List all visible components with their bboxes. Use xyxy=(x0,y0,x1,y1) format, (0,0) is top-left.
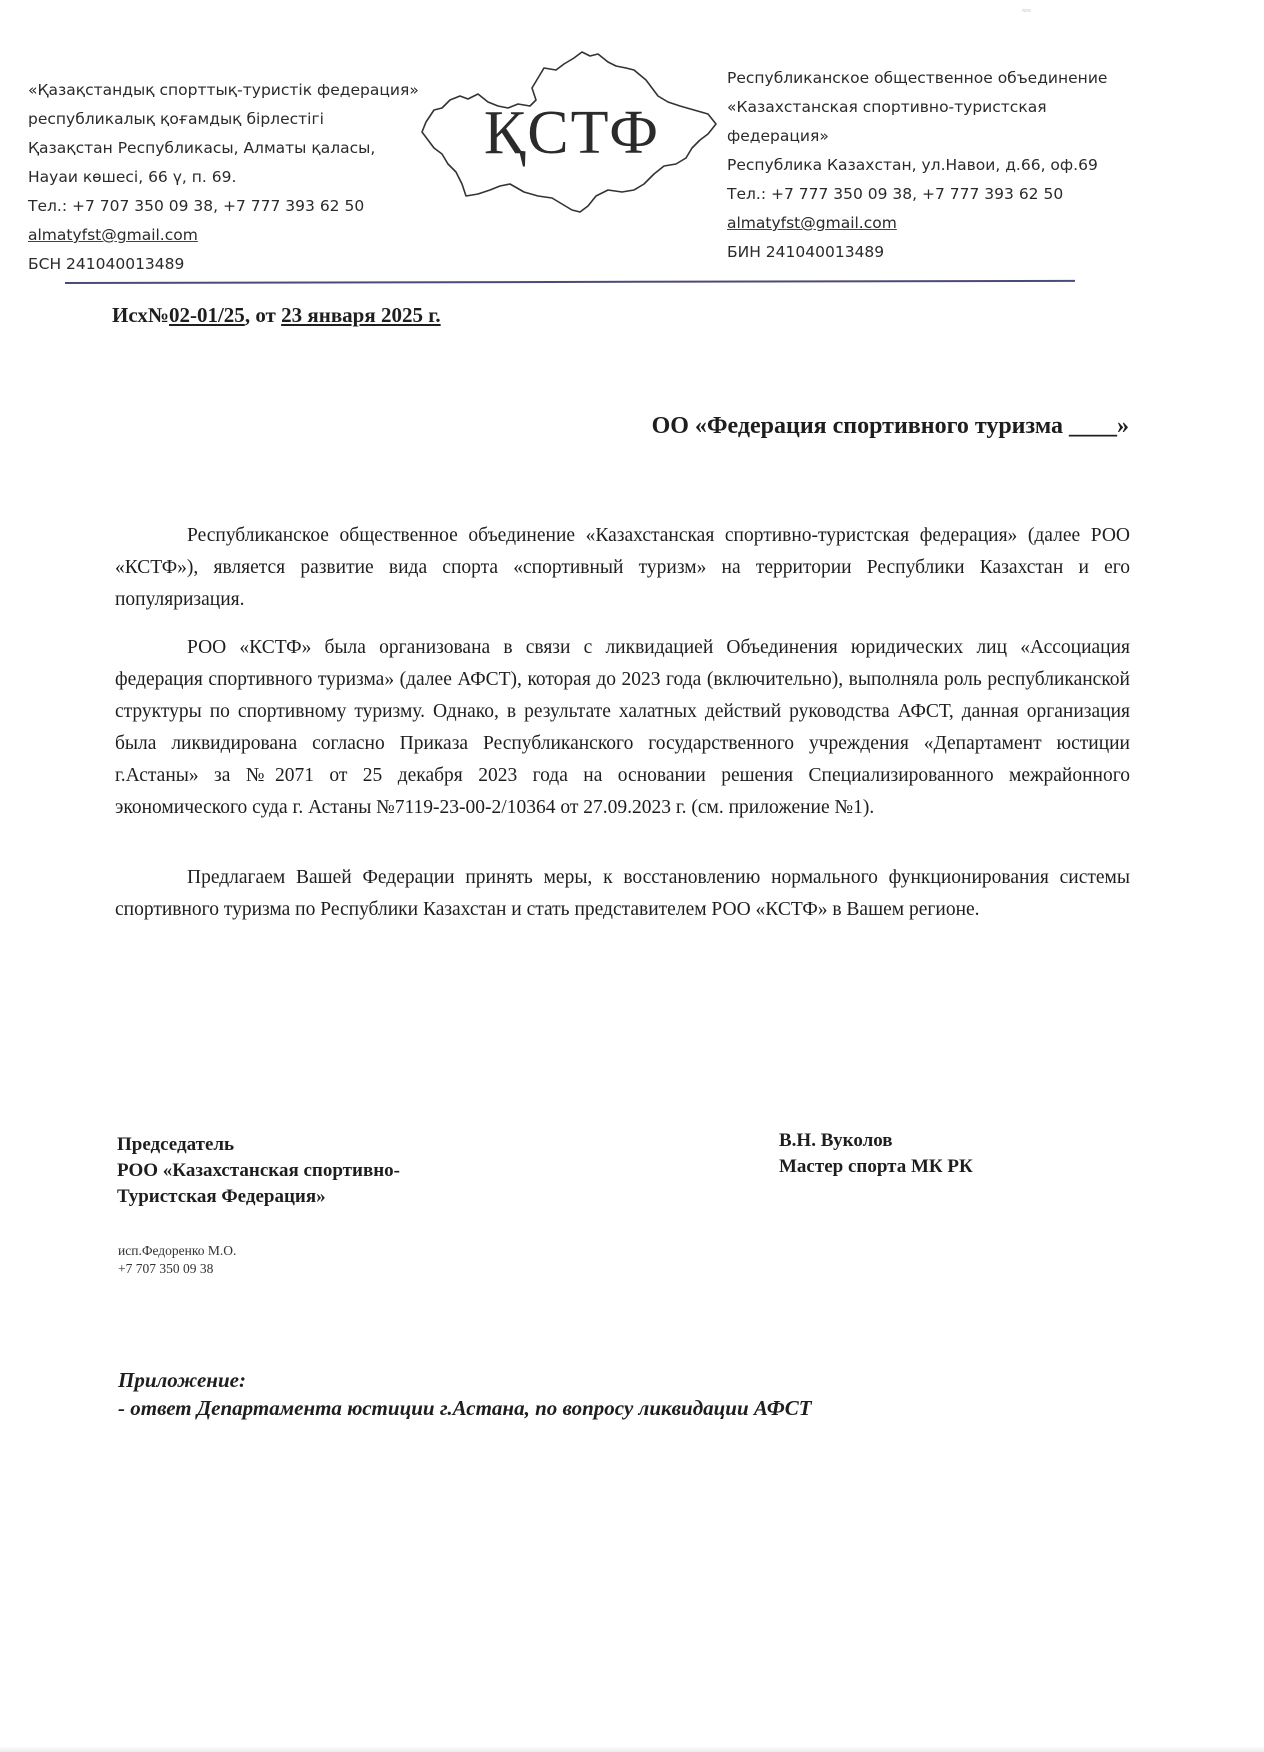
signatory-rank: Мастер спорта МК РК xyxy=(779,1154,973,1180)
signatory-block: В.Н. Вуколов Мастер спорта МК РК xyxy=(779,1128,973,1180)
paragraph-text: Предлагаем Вашей Федерации принять меры,… xyxy=(115,862,1130,926)
signatory-name: В.Н. Вуколов xyxy=(779,1128,973,1154)
executor-block: исп.Федоренко М.О. +7 707 350 09 38 xyxy=(118,1242,236,1278)
paragraph-text: РОО «КСТФ» была организована в связи с л… xyxy=(115,632,1130,824)
header-kazakh-line: «Қазақстандық спорттық-туристік федераци… xyxy=(28,76,448,105)
body-paragraph-2: РОО «КСТФ» была организована в связи с л… xyxy=(115,632,1130,824)
outgoing-prefix: Исх№ xyxy=(112,303,169,327)
header-kazakh-email-link[interactable]: almatyfst@gmail.com xyxy=(28,226,198,244)
scan-bottom-edge xyxy=(0,1746,1264,1752)
header-divider xyxy=(65,280,1075,284)
signature-org-line: РОО «Казахстанская спортивно- xyxy=(117,1158,400,1184)
paragraph-text: Республиканское общественное объединение… xyxy=(115,520,1130,616)
body-paragraph-1: Республиканское общественное объединение… xyxy=(115,520,1130,616)
header-russian-block: Республиканское общественное объединение… xyxy=(727,64,1147,267)
header-russian-email-link[interactable]: almatyfst@gmail.com xyxy=(727,214,897,232)
appendix-title: Приложение: xyxy=(118,1366,812,1394)
header-kazakh-block: «Қазақстандық спорттық-туристік федераци… xyxy=(28,76,448,279)
header-kazakh-line: республикалық қоғамдық бірлестігі xyxy=(28,105,448,134)
header-russian-line: федерация» xyxy=(727,122,1147,151)
outgoing-middle: , от xyxy=(245,303,281,327)
header-russian-line: «Казахстанская спортивно-туристская xyxy=(727,93,1147,122)
header-russian-phone: Тел.: +7 777 350 09 38, +7 777 393 62 50 xyxy=(727,180,1147,209)
executor-name: исп.Федоренко М.О. xyxy=(118,1242,236,1260)
appendix-block: Приложение: - ответ Департамента юстиции… xyxy=(118,1366,812,1422)
signature-org-line: Туристская Федерация» xyxy=(117,1184,400,1210)
header-kazakh-line: Қазақстан Республикасы, Алматы қаласы, xyxy=(28,134,448,163)
body-paragraph-3: Предлагаем Вашей Федерации принять меры,… xyxy=(115,862,1130,926)
header-kazakh-line: Науаи көшесі, 66 ү, п. 69. xyxy=(28,163,448,192)
header-russian-bin: БИН 241040013489 xyxy=(727,238,1147,267)
executor-phone: +7 707 350 09 38 xyxy=(118,1260,236,1278)
header-kazakh-phone: Тел.: +7 707 350 09 38, +7 777 393 62 50 xyxy=(28,192,448,221)
organization-logo: ҚСТФ xyxy=(412,44,722,229)
header-russian-line: Республика Казахстан, ул.Навои, д.66, оф… xyxy=(727,151,1147,180)
header-russian-line: Республиканское общественное объединение xyxy=(727,64,1147,93)
outgoing-reference: Исх№02-01/25, от 23 января 2025 г. xyxy=(112,303,441,328)
outgoing-number: 02-01/25 xyxy=(169,303,245,327)
logo-text: ҚСТФ xyxy=(472,102,672,164)
scan-artifact-mark: ≈≈ xyxy=(1022,6,1052,16)
signature-position-block: Председатель РОО «Казахстанская спортивн… xyxy=(117,1132,400,1210)
addressee: ОО «Федерация спортивного туризма ____» xyxy=(652,413,1129,440)
header-kazakh-bin: БСН 241040013489 xyxy=(28,250,448,279)
appendix-item: - ответ Департамента юстиции г.Астана, п… xyxy=(118,1394,812,1422)
signature-title: Председатель xyxy=(117,1132,400,1158)
outgoing-date: 23 января 2025 г. xyxy=(281,303,441,327)
